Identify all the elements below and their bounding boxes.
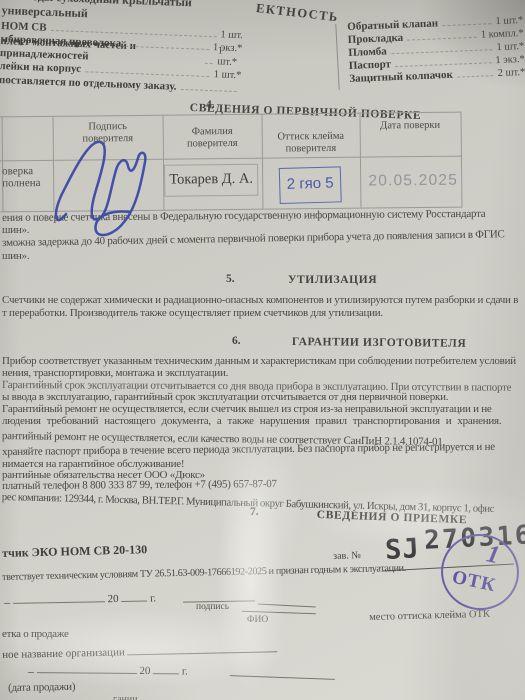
fgis-note-line: шин». <box>2 250 29 262</box>
item-qty: 1 шт.* <box>495 15 523 27</box>
dotted-leader <box>205 62 213 63</box>
fio-caption: ФИО <box>247 615 268 625</box>
header-line: Дата поверки <box>360 120 461 133</box>
row-label-line: оверка <box>2 165 55 178</box>
dotted-leader <box>407 37 477 41</box>
blank-line <box>37 663 137 674</box>
cut-text-fragment: гании <box>113 694 138 700</box>
year-suffix: г. <box>150 592 156 604</box>
conformity-line: тветствует техническим условиям ТУ 26.51… <box>2 563 406 583</box>
blank-line <box>28 663 34 673</box>
section5-number: 5. <box>226 273 235 285</box>
meter-model: тчик ЭКО НОМ СВ 20-130 <box>2 542 147 561</box>
recycling-line: т переработки. Производитель также осуще… <box>2 307 383 319</box>
header-line: Оттиск клейма <box>262 131 360 144</box>
item-qty: 1 шт. <box>220 29 243 41</box>
org-name-row: ное название организации <box>2 642 278 661</box>
item-qty: 2 шт.* <box>497 67 525 79</box>
verification-date: 20.05.2025 <box>366 172 460 191</box>
signature-caption: подпись <box>196 602 229 612</box>
item-label: Паспорт <box>349 58 392 72</box>
table-border <box>2 116 4 211</box>
blank-line <box>127 642 277 655</box>
item-label: НОМ СВ <box>1 19 47 33</box>
document-photo: чик воды сухоходный крыльчатый универсал… <box>0 0 525 700</box>
sale-date-blanks: 20 г. <box>28 663 188 677</box>
verifier-name: Токарев Д. А. <box>164 164 258 197</box>
header-line: поверителя <box>262 143 360 156</box>
verifier-stamp: 2 гяо 5 <box>279 166 342 204</box>
completeness-heading-fragment: ЕКТНОСТЬ <box>255 1 339 25</box>
row-label: оверка полнена <box>0 165 55 190</box>
warranty-line: людения требований настоящего документа,… <box>2 415 501 427</box>
header-line: Фамилия <box>163 126 262 139</box>
year-prefix: 20 <box>108 593 119 605</box>
completeness-right-list: Обратный клапан 1 шт.* Прокладка 1 компл… <box>347 13 525 85</box>
blank-line <box>153 664 179 674</box>
dotted-leader <box>180 88 236 91</box>
verifier-signature <box>50 118 165 242</box>
row-label-line: полнена <box>2 177 55 190</box>
serial-label: зав. № <box>333 550 361 562</box>
acceptance-date-blanks: 20 г. <box>4 591 156 607</box>
recycling-line: Счетчики не содержат химически и радиаци… <box>2 294 518 306</box>
sale-label: етка о продаже <box>2 628 69 640</box>
fgis-note-line: шин». <box>2 224 29 236</box>
blank-line <box>121 591 147 601</box>
dotted-leader <box>442 23 492 26</box>
section6-title: ГАРАНТИИ ИЗГОТОВИТЕЛЯ <box>292 336 466 350</box>
year-prefix: 20 <box>139 665 150 677</box>
column-divider <box>335 24 339 90</box>
item-qty: 1 шт.* <box>214 69 242 81</box>
item-label: Пломба <box>348 45 387 59</box>
item-qty: 1 компл.* <box>481 28 524 41</box>
blank-line <box>230 666 335 680</box>
header-line: поверителя <box>163 138 262 151</box>
col-header-stamp: Оттиск клейма поверителя <box>262 131 360 156</box>
section6-number: 6. <box>232 335 241 347</box>
serial-prefix: SJ <box>384 533 420 566</box>
completeness-left-list: чик воды сухоходный крыльчатый универсал… <box>0 2 244 95</box>
otk-stamp-text: ОТК <box>450 567 498 598</box>
section5-title: УТИЛИЗАЦИЯ <box>288 274 377 286</box>
otk-place-caption: место оттиска клейма ОТК <box>369 609 490 623</box>
blank-line <box>13 592 105 604</box>
year-suffix: г. <box>182 665 188 677</box>
warranty-line: храняйте паспорт прибора в течение всего… <box>2 441 495 458</box>
dotted-leader <box>457 75 494 77</box>
org-name-label: ное название организации <box>2 646 125 661</box>
col-header-date: Дата поверки <box>360 120 461 133</box>
warranty-line: ы ввода в эксплуатацию, гарантийный срок… <box>2 391 448 403</box>
section7-number: 7. <box>250 506 259 518</box>
warranty-line: нения, транспортировки, монтажа и эксплу… <box>2 367 228 379</box>
warranty-line: Гарантийный ремонт не осуществляется, ес… <box>2 403 492 415</box>
table-border <box>261 114 263 209</box>
warranty-line: Прибор соответствует указанным техническ… <box>2 355 516 367</box>
otk-stamp-number: 1 <box>484 540 502 570</box>
warranty-line: платный телефон 8 800 333 87 99, телефон… <box>2 478 277 492</box>
warranty-line: рес компании: 129344, г. Москва, ВН.ТЕР.… <box>2 491 494 515</box>
item-qty: 1 экз.* <box>495 54 525 66</box>
table-border <box>460 112 462 207</box>
item-qty: 1 шт.* <box>217 45 242 68</box>
blank-line <box>4 594 10 604</box>
sale-date-caption: (дата продажи) <box>8 681 75 694</box>
item-qty: 1 шт.* <box>496 41 524 53</box>
fio-blank-line <box>242 602 316 615</box>
item-label: Прокладка <box>348 32 404 46</box>
col-header-name: Фамилия поверителя <box>163 126 262 151</box>
